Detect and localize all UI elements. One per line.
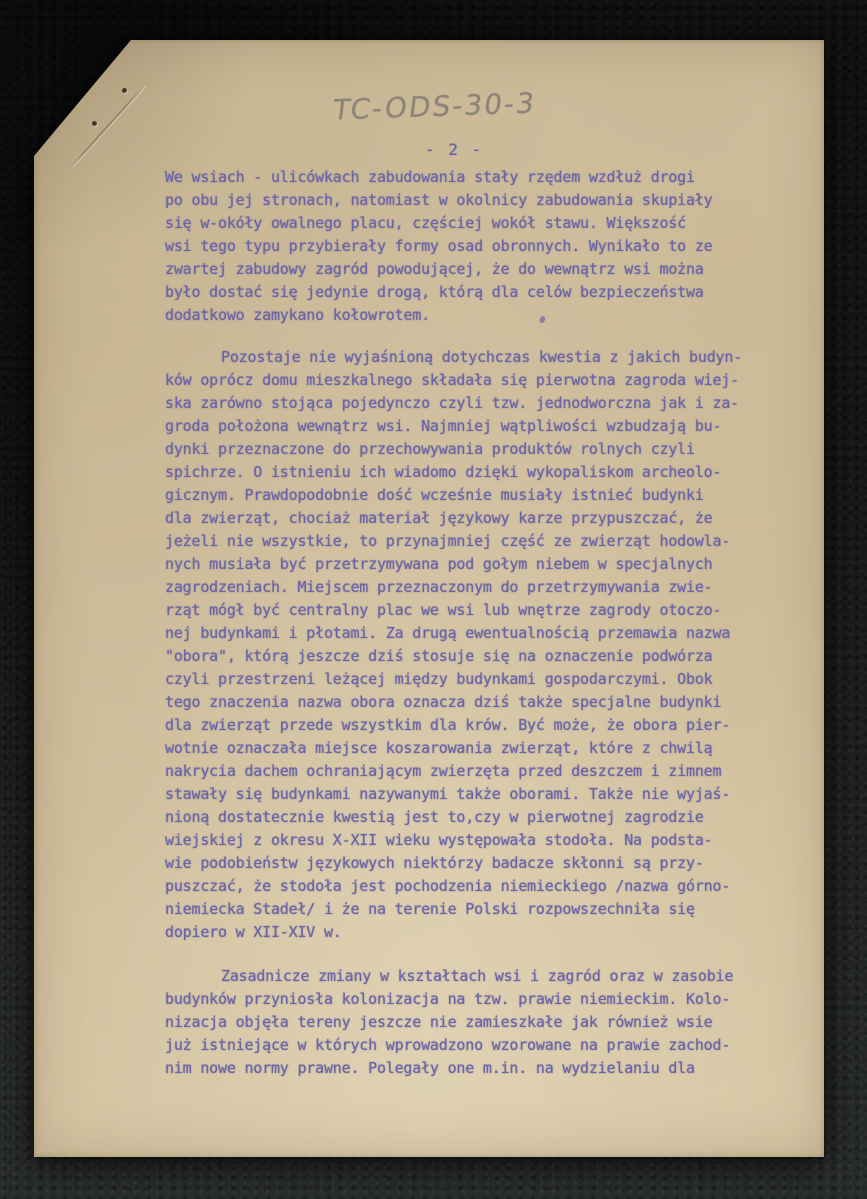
text-line: Pozostaje nie wyjaśnioną dotychczas kwes… [165, 346, 775, 369]
paragraph: Pozostaje nie wyjaśnioną dotychczas kwes… [165, 346, 775, 944]
text-line: dla zwierząt przede wszystkim dla krów. … [165, 714, 775, 737]
paragraph: We wsiach - ulicówkach zabudowania stały… [165, 166, 775, 327]
text-line: zwartej zabudowy zagród powodującej, że … [165, 258, 775, 281]
text-line: jeżeli nie wszystkie, to przynajmniej cz… [165, 530, 775, 553]
text-line: zagrodzeniach. Miejscem przeznaczonym do… [165, 576, 775, 599]
text-line: już istniejące w których wprowadzono wzo… [165, 1034, 775, 1057]
text-line: wotnie oznaczała miejsce koszarowania zw… [165, 737, 775, 760]
text-line: groda położona wewnątrz wsi. Najmniej wą… [165, 415, 775, 438]
text-line: nizacja objęła tereny jeszcze nie zamies… [165, 1011, 775, 1034]
text-line: nych musiała być przetrzymywana pod goły… [165, 553, 775, 576]
text-line: puszczać, że stodoła jest pochodzenia ni… [165, 875, 775, 898]
document-page: TC-ODS-30-3 - 2 - We wsiach - ulicówkach… [34, 40, 824, 1157]
text-line: We wsiach - ulicówkach zabudowania stały… [165, 166, 775, 189]
pin-hole [122, 88, 127, 93]
text-line: rząt mógł być centralny plac we wsi lub … [165, 599, 775, 622]
scan-background: TC-ODS-30-3 - 2 - We wsiach - ulicówkach… [0, 0, 867, 1199]
text-line: spichrze. O istnieniu ich wiadomo dzięki… [165, 461, 775, 484]
text-line: dynki przeznaczone do przechowywania pro… [165, 438, 775, 461]
text-line: gicznym. Prawdopodobnie dość wcześnie mu… [165, 484, 775, 507]
text-line: tego znaczenia nazwa obora oznacza dziś … [165, 691, 775, 714]
text-line: nioną dostatecznie kwestią jest to,czy w… [165, 806, 775, 829]
text-line: wiejskiej z okresu X-XII wieku występowa… [165, 829, 775, 852]
text-line: było dostać się jedynie drogą, którą dla… [165, 281, 775, 304]
page-number: - 2 - [425, 140, 483, 159]
text-line: dla zwierząt, chociaż materiał językowy … [165, 507, 775, 530]
text-line: dodatkowo zamykano kołowrotem. [165, 304, 775, 327]
text-line: czyli przestrzeni leżącej między budynka… [165, 668, 775, 691]
text-line: dopiero w XII-XIV w. [165, 921, 775, 944]
text-line: budynków przyniosła kolonizacja na tzw. … [165, 988, 775, 1011]
text-line: ska zarówno stojąca pojedynczo czyli tzw… [165, 392, 775, 415]
handwritten-reference: TC-ODS-30-3 [331, 86, 538, 126]
paper-sheet: TC-ODS-30-3 - 2 - We wsiach - ulicówkach… [34, 40, 824, 1157]
pin-hole [92, 121, 97, 126]
text-line: nej budynkami i płotami. Za drugą ewentu… [165, 622, 775, 645]
typewritten-text: We wsiach - ulicówkach zabudowania stały… [165, 166, 775, 1080]
paragraph: Zasadnicze zmiany w kształtach wsi i zag… [165, 965, 775, 1080]
text-line: niemiecka Stadeł/ i że na terenie Polski… [165, 898, 775, 921]
text-line: "obora", którą jeszcze dziś stosuje się … [165, 645, 775, 668]
text-line: po obu jej stronach, natomiast w okolnic… [165, 189, 775, 212]
corner-crease [71, 85, 145, 167]
text-line: wsi tego typu przybierały formy osad obr… [165, 235, 775, 258]
text-line: stawały się budynkami nazywanymi także o… [165, 783, 775, 806]
text-line: nakrycia dachem ochraniającym zwierzęta … [165, 760, 775, 783]
text-line: ków oprócz domu mieszkalnego składała si… [165, 369, 775, 392]
text-line: wie podobieństw językowych niektórzy bad… [165, 852, 775, 875]
text-line: się w-okóły owalnego placu, częściej wok… [165, 212, 775, 235]
text-line: nim nowe normy prawne. Polegały one m.in… [165, 1057, 775, 1080]
text-line: Zasadnicze zmiany w kształtach wsi i zag… [165, 965, 775, 988]
